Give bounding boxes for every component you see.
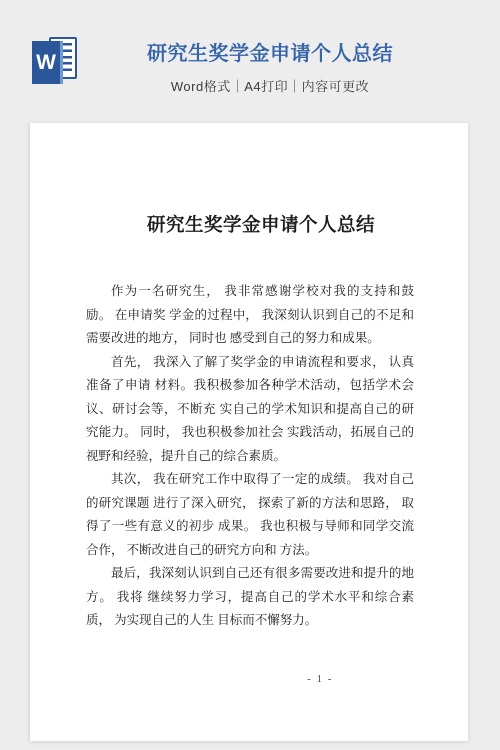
document-paragraph: 作为一名研究生， 我非常感谢学校对我的支持和鼓励。 在申请奖 学金的过程中， 我… — [86, 280, 414, 351]
document-title: 研究生奖学金申请个人总结 — [42, 213, 480, 240]
page-subtitle: Word格式｜A4打印｜内容可更改 — [40, 76, 500, 95]
header-text-block: 研究生奖学金申请个人总结 Word格式｜A4打印｜内容可更改 — [40, 40, 500, 95]
preview-screen: W 研究生奖学金申请个人总结 Word格式｜A4打印｜内容可更改 研究生奖学金申… — [0, 0, 500, 750]
page-title: 研究生奖学金申请个人总结 — [40, 40, 500, 68]
header: W 研究生奖学金申请个人总结 Word格式｜A4打印｜内容可更改 — [0, 0, 500, 123]
document-body: 作为一名研究生， 我非常感谢学校对我的支持和鼓励。 在申请奖 学金的过程中， 我… — [86, 280, 414, 633]
page-number: - 1 - — [307, 673, 333, 685]
document-paragraph: 首先， 我深入了解了奖学金的申请流程和要求， 认真准备了申请 材料。我积极参加各… — [86, 351, 414, 469]
document-paragraph: 其次， 我在研究工作中取得了一定的成绩。 我对自己的研究课题 进行了深入研究， … — [86, 468, 414, 562]
document-page: 研究生奖学金申请个人总结 作为一名研究生， 我非常感谢学校对我的支持和鼓励。 在… — [30, 123, 468, 741]
document-paragraph: 最后，我深刻认识到自己还有很多需要改进和提升的地方。 我将 继续努力学习，提高自… — [86, 562, 414, 633]
